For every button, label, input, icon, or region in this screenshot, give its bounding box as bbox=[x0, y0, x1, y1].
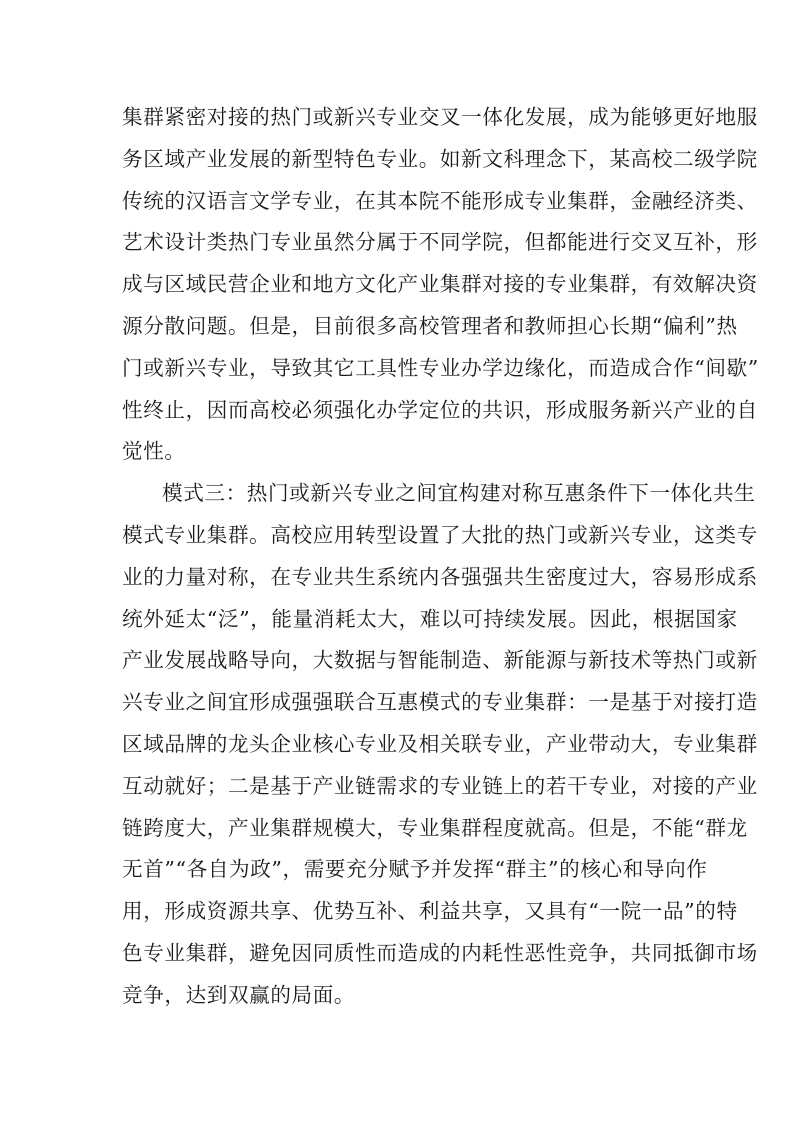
text-line: 统外延太“泛”，能量消耗太大，难以可持续发展。因此，根据国家 bbox=[122, 599, 682, 641]
text-line: 无首”“各自为政”，需要充分赋予并发挥“群主”的核心和导向作 bbox=[122, 849, 682, 891]
text-line: 集群紧密对接的热门或新兴专业交叉一体化发展，成为能够更好地服 bbox=[122, 97, 682, 139]
text-line: 源分散问题。但是，目前很多高校管理者和教师担心长期“偏利”热 bbox=[122, 306, 682, 348]
text-line: 互动就好；二是基于产业链需求的专业链上的若干专业，对接的产业 bbox=[122, 766, 682, 808]
text-line: 产业发展战略导向，大数据与智能制造、新能源与新技术等热门或新 bbox=[122, 640, 682, 682]
text-line: 传统的汉语言文学专业，在其本院不能形成专业集群，金融经济类、 bbox=[122, 181, 682, 223]
text-line: 性终止，因而高校必须强化办学定位的共识，形成服务新兴产业的自 bbox=[122, 390, 682, 432]
text-line: 觉性。 bbox=[122, 431, 682, 473]
text-line: 门或新兴专业，导致其它工具性专业办学边缘化，而造成合作“间歇” bbox=[122, 348, 682, 390]
text-line: 色专业集群，避免因同质性而造成的内耗性恶性竞争，共同抵御市场 bbox=[122, 933, 682, 975]
text-line: 用，形成资源共享、优势互补、利益共享，又具有“一院一品”的特 bbox=[122, 891, 682, 933]
text-line: 业的力量对称，在专业共生系统内各强强共生密度过大，容易形成系 bbox=[122, 557, 682, 599]
text-line: 务区域产业发展的新型特色专业。如新文科理念下，某高校二级学院 bbox=[122, 139, 682, 181]
text-line: 链跨度大，产业集群规模大，专业集群程度就高。但是，不能“群龙 bbox=[122, 808, 682, 850]
paragraph-continuation: 集群紧密对接的热门或新兴专业交叉一体化发展，成为能够更好地服 务区域产业发展的新… bbox=[122, 97, 682, 473]
document-page: 集群紧密对接的热门或新兴专业交叉一体化发展，成为能够更好地服 务区域产业发展的新… bbox=[0, 0, 799, 1131]
text-line: 艺术设计类热门专业虽然分属于不同学院，但都能进行交叉互补，形 bbox=[122, 222, 682, 264]
paragraph-mode-three: 模式三：热门或新兴专业之间宜构建对称互惠条件下一体化共生 模式专业集群。高校应用… bbox=[122, 473, 682, 1016]
text-line: 竞争，达到双赢的局面。 bbox=[122, 975, 682, 1017]
text-line: 区域品牌的龙头企业核心专业及相关联专业，产业带动大，专业集群 bbox=[122, 724, 682, 766]
text-line: 兴专业之间宜形成强强联合互惠模式的专业集群：一是基于对接打造 bbox=[122, 682, 682, 724]
document-body: 集群紧密对接的热门或新兴专业交叉一体化发展，成为能够更好地服 务区域产业发展的新… bbox=[122, 97, 682, 1017]
text-line: 成与区域民营企业和地方文化产业集群对接的专业集群，有效解决资 bbox=[122, 264, 682, 306]
paragraph-first-line: 模式三：热门或新兴专业之间宜构建对称互惠条件下一体化共生 bbox=[122, 473, 682, 515]
text-line: 模式专业集群。高校应用转型设置了大批的热门或新兴专业，这类专 bbox=[122, 515, 682, 557]
